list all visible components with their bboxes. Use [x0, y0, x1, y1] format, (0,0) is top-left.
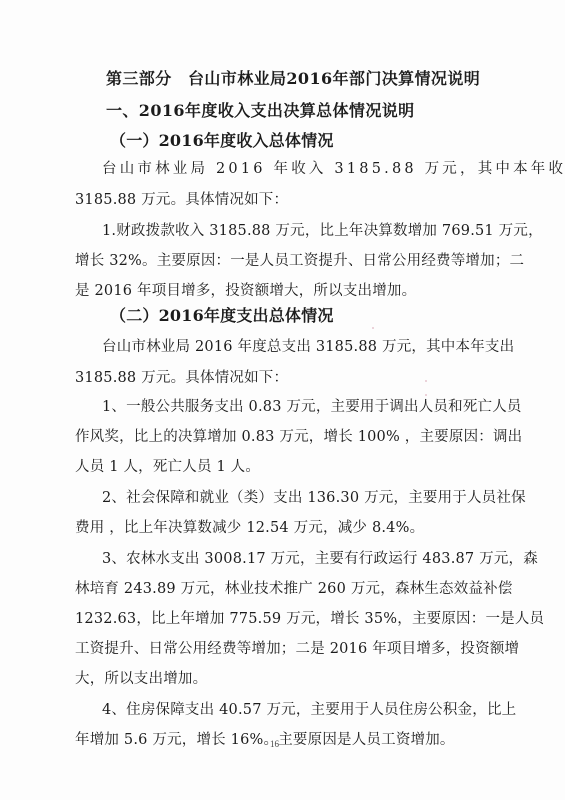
subsection-heading-income: （一）2016年度收入总体情况	[110, 131, 334, 151]
part-title: 第三部分 台山市林业局2016年部门决算情况说明	[106, 69, 480, 89]
income-item-1-line-2: 增长 32%。主要原因：一是人员工资提升、日常公用经费等增加；二	[75, 252, 524, 270]
scan-speck	[425, 394, 427, 396]
expenditure-item-3-line-3: 1232.63，比上年增加 775.59 万元，增长 35%，主要原因：一是人员	[75, 610, 544, 628]
expenditure-item-1-line-3: 人员 1 人，死亡人员 1 人。	[75, 458, 260, 476]
expenditure-item-4-line-1: 4、住房保障支出 40.57 万元，主要用于人员住房公积金，比上	[102, 701, 516, 719]
income-paragraph-line-1: 台山市林业局 2016 年收入 3185.88 万元，其中本年收入	[102, 160, 565, 178]
expenditure-item-3-line-5: 大，所以支出增加。	[75, 670, 207, 688]
income-item-1-line-1: 1.财政拨款收入 3185.88 万元，比上年决算数增加 769.51 万元，	[102, 222, 543, 240]
expenditure-item-3-line-1: 3、农林水支出 3008.17 万元，主要有行政运行 483.87 万元，森	[102, 550, 538, 568]
expenditure-item-3-line-2: 林培育 243.89 万元，林业技术推广 260 万元，森林生态效益补偿	[75, 580, 513, 598]
section-heading-overview: 一、2016年度收入支出决算总体情况说明	[106, 101, 415, 121]
page-number: 16	[270, 739, 279, 749]
expenditure-item-3-line-4: 工资提升、日常公用经费等增加；二是 2016 年项目增多，投资额增	[75, 640, 519, 658]
document-page: 第三部分 台山市林业局2016年部门决算情况说明 一、2016年度收入支出决算总…	[0, 0, 565, 800]
expenditure-paragraph-line-1: 台山市林业局 2016 年度总支出 3185.88 万元，其中本年支出	[102, 338, 514, 356]
expenditure-item-1-line-2: 作风奖，比上的决算增加 0.83 万元，增长 100% ，主要原因：调出	[75, 428, 522, 446]
expenditure-item-4-line-2: 年增加 5.6 万元，增长 16%。主要原因是人员工资增加。	[75, 731, 455, 749]
expenditure-item-1-line-1: 1、一般公共服务支出 0.83 万元，主要用于调出人员和死亡人员	[102, 398, 522, 416]
expenditure-item-2-line-2: 费用 ，比上年决算数减少 12.54 万元，减少 8.4%。	[75, 519, 424, 537]
subsection-heading-expenditure: （二）2016年度支出总体情况	[110, 306, 334, 326]
income-item-1-line-3: 是 2016 年项目增多，投资额增大，所以支出增加。	[75, 282, 416, 300]
income-paragraph-line-2: 3185.88 万元。具体情况如下：	[75, 191, 288, 209]
expenditure-item-2-line-1: 2、社会保障和就业（类）支出 136.30 万元，主要用于人员社保	[102, 489, 526, 507]
expenditure-paragraph-line-2: 3185.88 万元。具体情况如下：	[75, 369, 288, 387]
scan-speck	[425, 380, 427, 382]
scan-speck	[372, 327, 374, 329]
